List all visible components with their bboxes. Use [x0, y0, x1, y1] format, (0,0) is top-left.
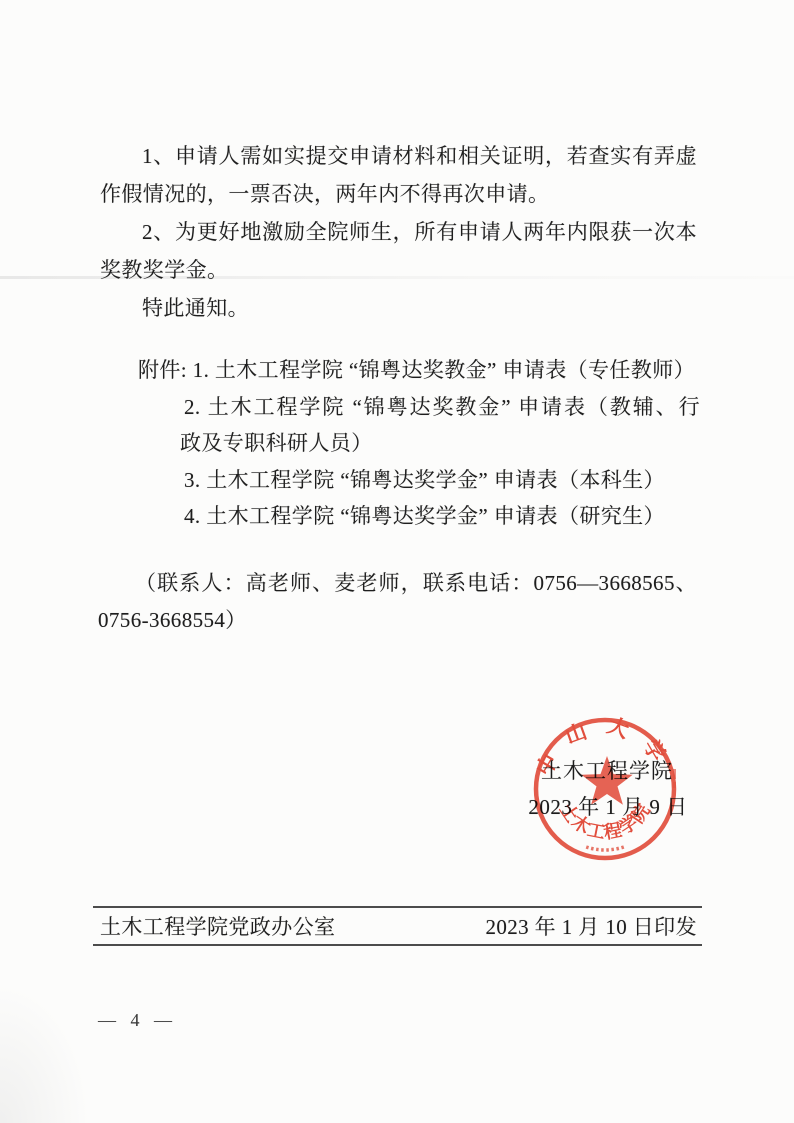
attachment-item-continuation: 政及专职科研人员） [100, 425, 700, 462]
paragraph-line: 1、申请人需如实提交申请材料和相关证明，若查实有弄虚 [100, 137, 697, 175]
paragraph-line: 奖教奖学金。 [100, 251, 697, 289]
notice-closing-line: 特此通知。 [100, 289, 697, 327]
paragraph-line: 2、为更好地激励全院师生，所有申请人两年内限获一次本 [100, 213, 697, 251]
seal-code-dashes [586, 847, 624, 850]
footer-issuing-office: 土木工程学院党政办公室 [100, 911, 335, 943]
paragraph-line: 作假情况的，一票否决，两年内不得再次申请。 [100, 175, 697, 213]
footer-rule-bottom [93, 944, 702, 946]
contact-line: （联系人：高老师、麦老师，联系电话：0756—3668565、 [98, 565, 697, 602]
document-page: 1、申请人需如实提交申请材料和相关证明，若查实有弄虚 作假情况的，一票否决，两年… [0, 0, 794, 1123]
footer: 土木工程学院党政办公室 2023 年 1 月 10 日印发 [100, 911, 697, 943]
footer-print-date: 2023 年 1 月 10 日印发 [485, 911, 697, 943]
attachment-item: 附件: 1. 土木工程学院 “锦粤达奖教金” 申请表（专任教师） [100, 352, 700, 389]
scan-corner-smudge [0, 983, 90, 1123]
contact-line: 0756-3668554） [98, 602, 697, 639]
contact-info: （联系人：高老师、麦老师，联系电话：0756—3668565、 0756-366… [98, 565, 697, 639]
seal-side-mark [673, 769, 676, 779]
attachment-item: 4. 土木工程学院 “锦粤达奖学金” 申请表（研究生） [100, 498, 700, 535]
footer-rule-top [93, 906, 702, 908]
attachment-list: 附件: 1. 土木工程学院 “锦粤达奖教金” 申请表（专任教师） 2. 土木工程… [100, 352, 700, 535]
seal-side-mark [673, 782, 676, 788]
official-seal: 中山大学 土木工程学院 [527, 711, 683, 867]
page-number: — 4 — [98, 1010, 177, 1031]
body-text: 1、申请人需如实提交申请材料和相关证明，若查实有弄虚 作假情况的，一票否决，两年… [100, 137, 697, 327]
attachment-item: 3. 土木工程学院 “锦粤达奖学金” 申请表（本科生） [100, 462, 700, 499]
star-icon [581, 756, 632, 805]
attachment-item: 2. 土木工程学院 “锦粤达奖教金” 申请表（教辅、行 [100, 389, 700, 426]
seal-department-arc-text: 土木工程学院 [556, 799, 654, 843]
